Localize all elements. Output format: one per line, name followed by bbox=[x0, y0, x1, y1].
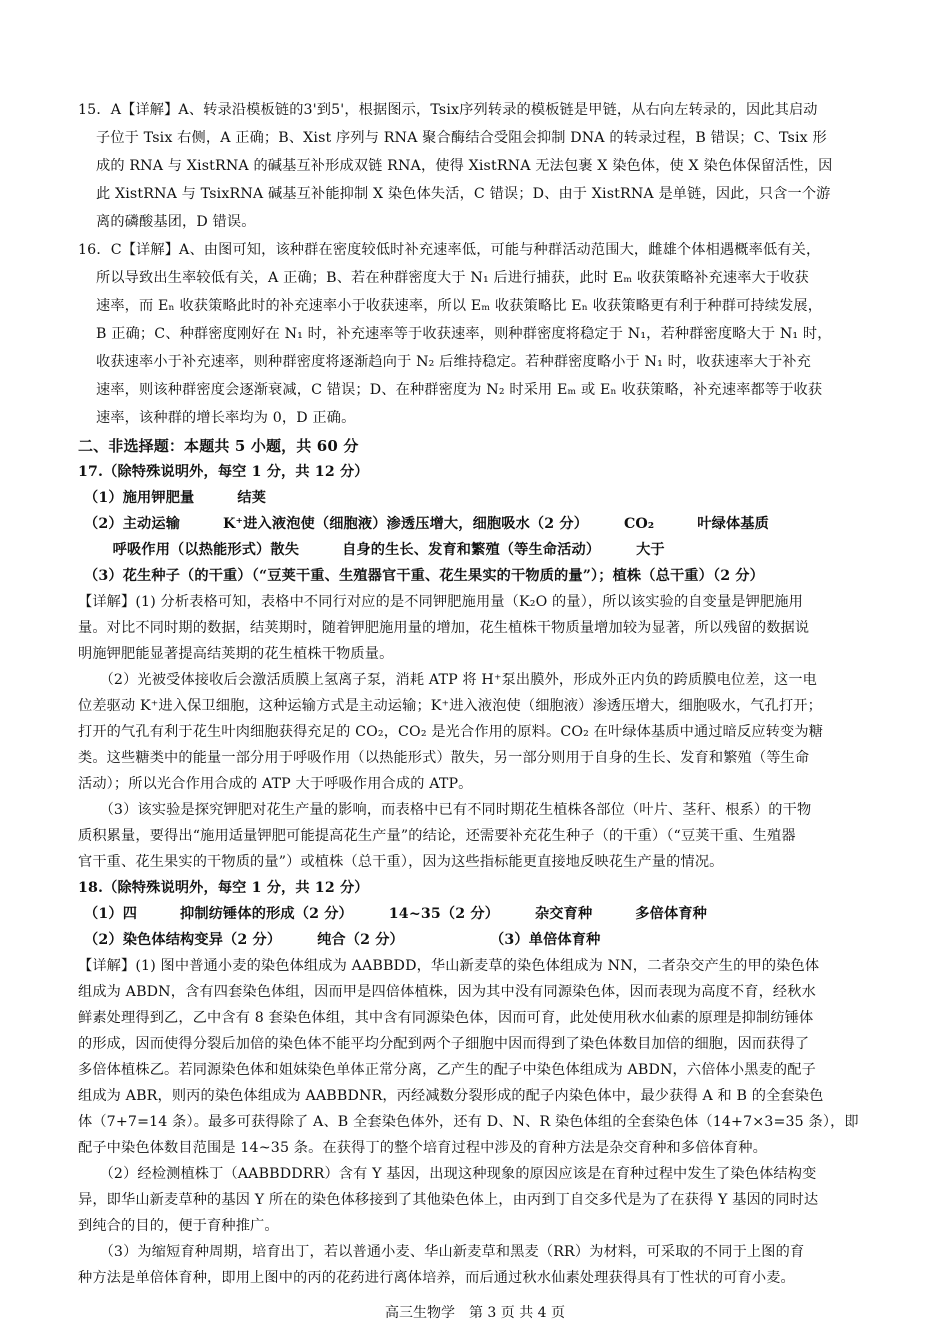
q18-expl-11: 到纯合的目的，便于育种推广。 bbox=[78, 1216, 279, 1236]
q15-line-4: 此 XistRNA 与 TsixRNA 碱基互补能抑制 X 染色体失活，C 错误… bbox=[96, 184, 831, 204]
q18-answer-2: （2）染色体结构变异（2 分） 纯合（2 分） （3）单倍体育种 bbox=[84, 930, 600, 950]
q17-answer-2: （2）主动运输 K⁺进入液泡使（细胞液）渗透压增大，细胞吸水（2 分） CO₂ … bbox=[84, 514, 769, 534]
q17-expl-8: 活动）；所以光合作用合成的 ATP 大于呼吸作用合成的 ATP。 bbox=[78, 774, 473, 794]
q17-answer-3: 呼吸作用（以热能形式）散失 自身的生长、发育和繁殖（等生命活动） 大于 bbox=[84, 540, 665, 560]
q17-expl-10: 质积累量，要得出“施用适量钾肥可能提高花生产量”的结论，还需要补充花生种子（的干… bbox=[78, 826, 796, 846]
q18-title: 18.（除特殊说明外，每空 1 分，共 12 分） bbox=[78, 878, 369, 898]
q15-line-1: 15．A【详解】A、转录沿模板链的3'到5'，根据图示，Tsix序列转录的模板链… bbox=[78, 100, 818, 120]
q17-expl-11: 官干重、花生果实的干物质的量”）或植株（总干重），因为这些指标能更直接地反映花生… bbox=[78, 852, 724, 872]
q18-expl-12: （3）为缩短育种周期，培育出丁，若以普通小麦、华山新麦草和黑麦（RR）为材料，可… bbox=[78, 1242, 804, 1262]
q16-line-5: 收获速率小于补充速率，则种群密度将逐渐趋向于 N₂ 后维持稳定。若种群密度略小于… bbox=[96, 352, 811, 372]
q18-answer-1: （1）四 抑制纺锤体的形成（2 分） 14~35（2 分） 杂交育种 多倍体育种 bbox=[84, 904, 707, 924]
q18-expl-4: 的形成，因而使得分裂后加倍的染色体不能平均分配到两个子细胞中因而得到了染色体数目… bbox=[78, 1034, 809, 1054]
q17-answer-1: （1）施用钾肥量 结荚 bbox=[84, 488, 266, 508]
q17-expl-7: 类。这些糖类中的能量一部分用于呼吸作用（以热能形式）散失，另一部分则用于自身的生… bbox=[78, 748, 809, 768]
q18-expl-3: 鲜素处理得到乙，乙中含有 8 套染色体组，其中含有同源染色体，因而可育，此处使用… bbox=[78, 1008, 813, 1028]
q18-expl-7: 体（7+7=14 条）。最多可获得除了 A、B 全套染色体外，还有 D、N、R … bbox=[78, 1112, 859, 1132]
q17-expl-4: （2）光被受体接收后会激活质膜上氢离子泵，消耗 ATP 将 H⁺泵出膜外，形成外… bbox=[78, 670, 817, 690]
q16-line-1: 16．C【详解】A、由图可知，该种群在密度较低时补充速率低，可能与种群活动范围大… bbox=[78, 240, 820, 260]
q18-expl-13: 种方法是单倍体育种，即用上图中的丙的花药进行离体培养，而后通过秋水仙素处理获得具… bbox=[78, 1268, 795, 1288]
q15-line-2: 子位于 Tsix 右侧，A 正确；B、Xist 序列与 RNA 聚合酶结合受阻会… bbox=[96, 128, 827, 148]
q16-line-2: 所以导致出生率较低有关，A 正确；B、若在种群密度大于 N₁ 后进行捕获，此时 … bbox=[96, 268, 809, 288]
q18-expl-1: 【详解】(1) 图中普通小麦的染色体组成为 AABBDD，华山新麦草的染色体组成… bbox=[78, 956, 819, 976]
q17-expl-6: 打开的气孔有利于花生叶肉细胞获得充足的 CO₂，CO₂ 是光合作用的原料。CO₂… bbox=[78, 722, 823, 742]
q16-line-3: 速率，而 Eₙ 收获策略此时的补充速率小于收获速率，所以 Eₘ 收获策略比 Eₙ… bbox=[96, 296, 822, 316]
q16-line-4: B 正确；C、种群密度刚好在 N₁ 时，补充速率等于收获速率，则种群密度将稳定于… bbox=[96, 324, 832, 344]
q17-expl-9: （3）该实验是探究钾肥对花生产量的影响，而表格中已有不同时期花生植株各部位（叶片… bbox=[78, 800, 811, 820]
q15-line-5: 离的磷酸基团，D 错误。 bbox=[96, 212, 256, 232]
page-footer: 高三生物学 第 3 页 共 4 页 bbox=[0, 1302, 950, 1322]
q15-line-3: 成的 RNA 与 XistRNA 的碱基互补形成双链 RNA，使得 XistRN… bbox=[96, 156, 833, 176]
document-page: 15．A【详解】A、转录沿模板链的3'到5'，根据图示，Tsix序列转录的模板链… bbox=[0, 0, 950, 1344]
q17-answer-4: （3）花生种子（的干重）（“豆荚干重、生殖器官干重、花生果实的干物质的量”）；植… bbox=[84, 566, 764, 586]
q18-expl-6: 组成为 ABR，则丙的染色体组成为 AABBDNR，丙经减数分裂形成的配子内染色… bbox=[78, 1086, 823, 1106]
q18-expl-2: 组成为 ABDN，含有四套染色体组，因而甲是四倍体植株，因为其中没有同源染色体，… bbox=[78, 982, 816, 1002]
q16-line-6: 速率，则该种群密度会逐渐衰减，C 错误；D、在种群密度为 N₂ 时采用 Eₘ 或… bbox=[96, 380, 822, 400]
q17-expl-5: 位差驱动 K⁺进入保卫细胞，这种运输方式是主动运输；K⁺进入液泡使（细胞液）渗透… bbox=[78, 696, 822, 716]
q18-expl-10: 异，即华山新麦草种的基因 Y 所在的染色体移接到了其他染色体上，由丙到丁自交多代… bbox=[78, 1190, 818, 1210]
q18-expl-9: （2）经检测植株丁（AABBDDRR）含有 Y 基因，出现这种现象的原因应该是在… bbox=[78, 1164, 816, 1184]
q18-expl-5: 多倍体植株乙。若同源染色体和姐妹染色单体正常分离，乙产生的配子中染色体组成为 A… bbox=[78, 1060, 816, 1080]
q17-expl-2: 量。对比不同时期的数据，结荚期时，随着钾肥施用量的增加，花生植株干物质量增加较为… bbox=[78, 618, 809, 638]
section-heading: 二、非选择题：本题共 5 小题，共 60 分 bbox=[78, 436, 359, 456]
q17-title: 17.（除特殊说明外，每空 1 分，共 12 分） bbox=[78, 462, 369, 482]
q17-expl-3: 明施钾肥能显著提高结荚期的花生植株干物质量。 bbox=[78, 644, 393, 664]
q18-expl-8: 配子中染色体数目范围是 14~35 条。在获得丁的整个培育过程中涉及的育种方法是… bbox=[78, 1138, 767, 1158]
q17-expl-1: 【详解】(1) 分析表格可知，表格中不同行对应的是不同钾肥施用量（K₂O 的量）… bbox=[78, 592, 803, 612]
q16-line-7: 速率，该种群的增长率均为 0，D 正确。 bbox=[96, 408, 355, 428]
